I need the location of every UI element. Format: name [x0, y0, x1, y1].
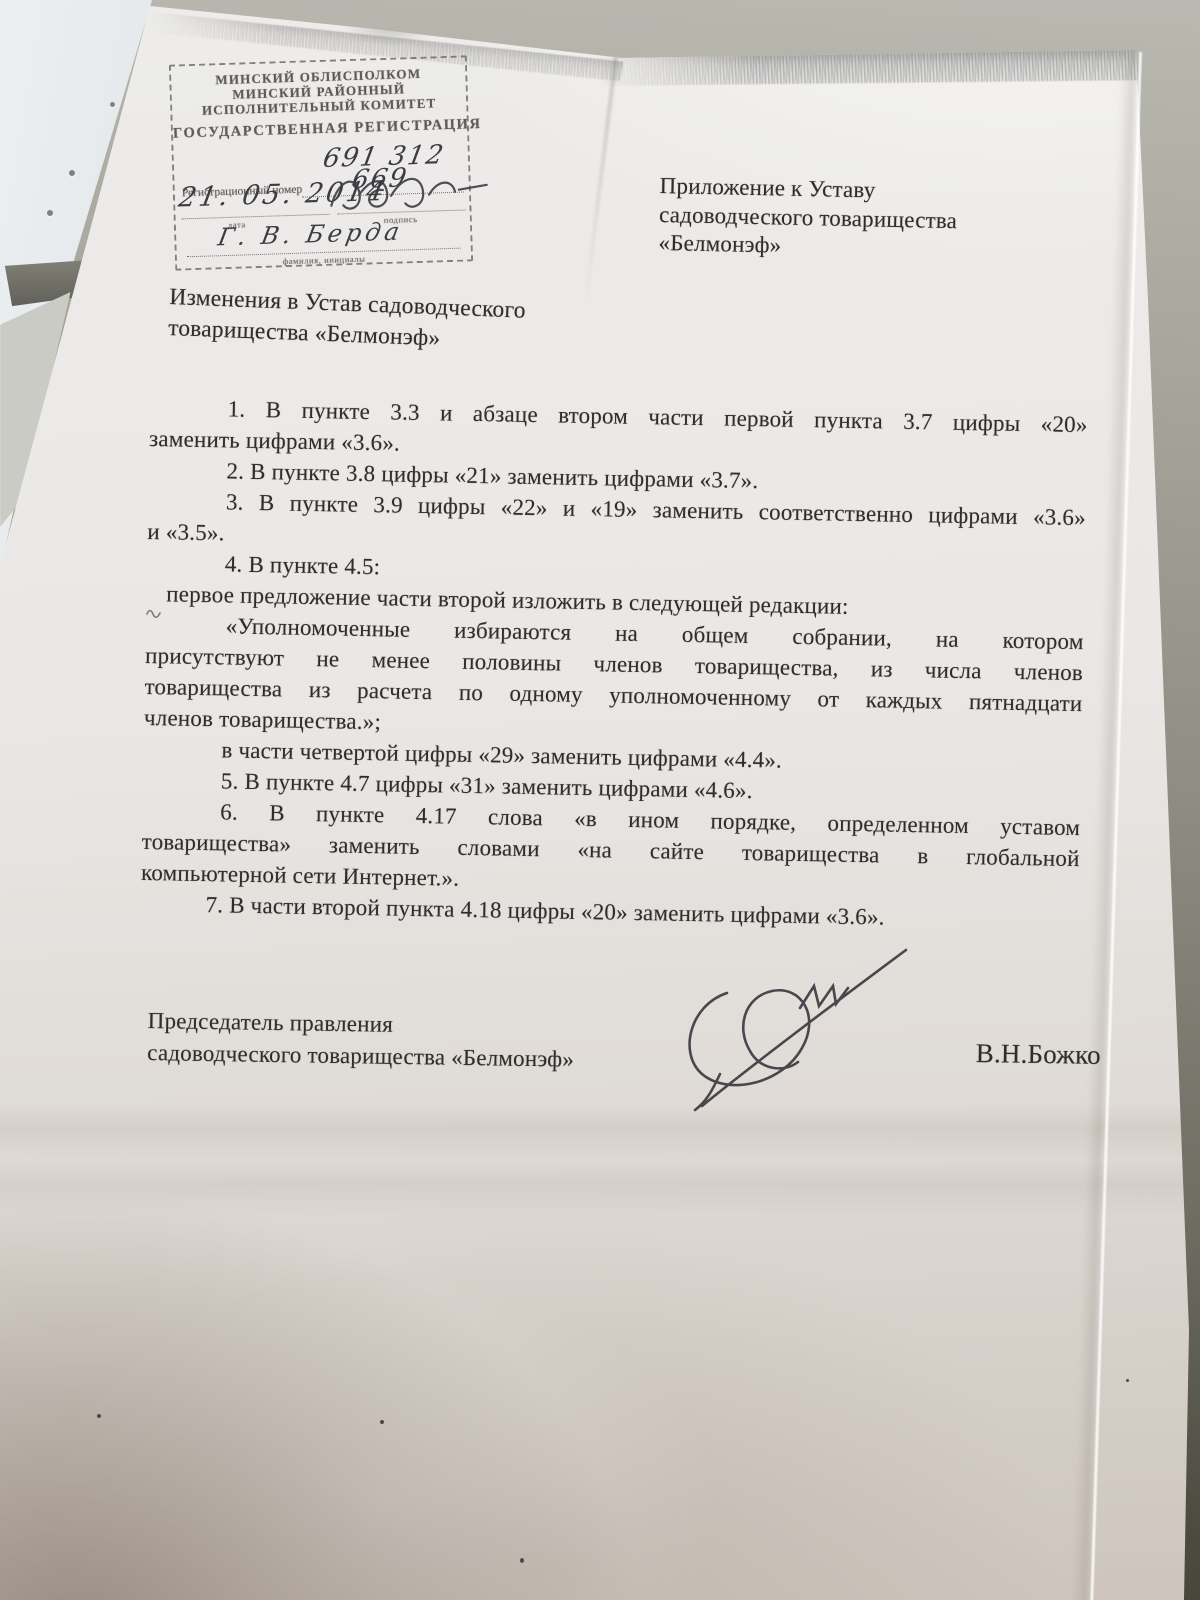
registrar-name-value: Г. В. Берда	[216, 217, 406, 251]
staple-hole	[47, 210, 53, 216]
paper-speck	[520, 1558, 524, 1563]
margin-pen-mark	[146, 606, 164, 618]
photo-of-document: МИНСКИЙ ОБЛИСПОЛКОМ МИНСКИЙ РАЙОННЫЙ ИСП…	[0, 0, 1200, 1600]
toner-smudge-band	[600, 46, 1148, 86]
chairman-title-line: садоводческого товарищества «Белмонэф»	[147, 1037, 574, 1076]
registration-stamp: МИНСКИЙ ОБЛИСПОЛКОМ МИНСКИЙ РАЙОННЫЙ ИСП…	[169, 55, 473, 270]
paper-speck	[1126, 1379, 1129, 1382]
document-title: Изменения в Устав садоводческого товарищ…	[168, 282, 650, 362]
document-body: 1. В пункте 3.3 и абзаце втором части пе…	[140, 392, 1087, 936]
name-label: фамилия, инициалы	[177, 250, 471, 269]
chairman-name: В.Н.Божко	[976, 1038, 1102, 1071]
staple-hole	[69, 170, 75, 176]
staple-hole	[110, 102, 115, 107]
appendix-header: Приложение к Уставу садоводческого товар…	[658, 172, 1020, 265]
paper-crease	[583, 55, 618, 309]
paper-speck	[380, 1420, 384, 1424]
stamp-registration-title: ГОСУДАРСТВЕННАЯ РЕГИСТРАЦИЯ	[173, 116, 467, 142]
document-page: МИНСКИЙ ОБЛИСПОЛКОМ МИНСКИЙ РАЙОННЫЙ ИСП…	[0, 0, 1200, 1600]
chairman-signature	[632, 933, 932, 1118]
date-underline	[182, 214, 330, 220]
paper-crumple	[320, 0, 460, 60]
page-edge-shadow	[1071, 55, 1136, 1600]
chairman-title-block: Председатель правления садоводческого то…	[147, 1005, 575, 1076]
paper-speck	[97, 1414, 101, 1418]
